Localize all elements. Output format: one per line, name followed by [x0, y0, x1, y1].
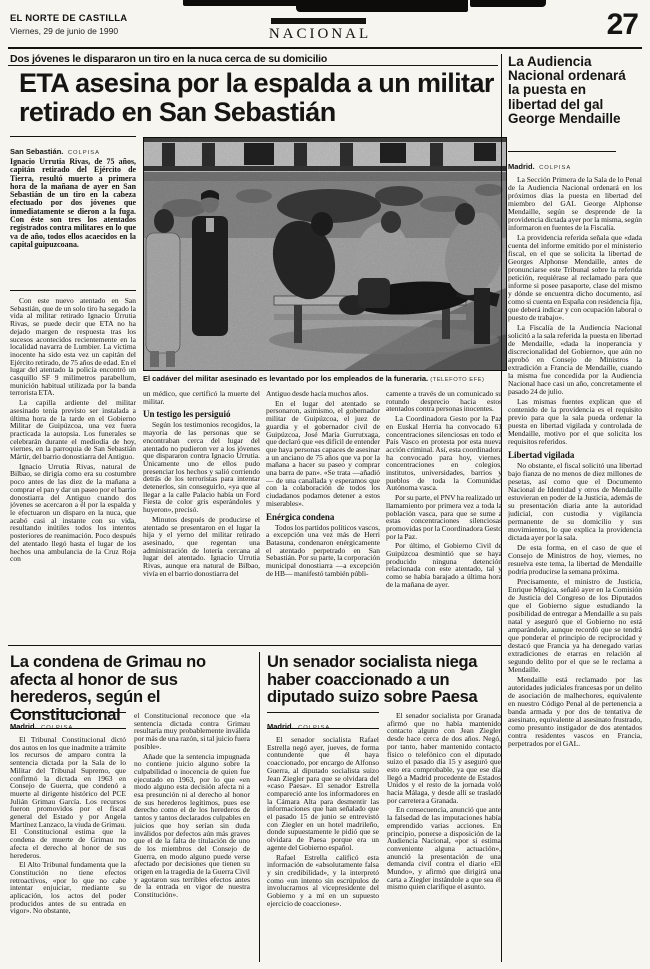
byline: San Sebastián. COLPISA	[10, 141, 100, 159]
paragraph: El senador socialista por Granada afirmó…	[387, 712, 501, 804]
paragraph: Con este nuevo atentado en San Sebastián…	[10, 297, 136, 397]
lead-rule	[10, 290, 136, 291]
column-text: Según los testimonios recogidos, la mayo…	[143, 421, 260, 577]
news-agency: COLPISA	[68, 150, 100, 156]
paragraph: camente a través de un comunicado su rot…	[386, 390, 502, 413]
text-column: Antiguo desde hacía muchos años.En el lu…	[266, 390, 380, 640]
byline-rule	[10, 136, 136, 137]
column-continuation: Antiguo desde hacía muchos años.En el lu…	[266, 390, 380, 508]
news-photo	[143, 137, 507, 371]
byline-rule	[267, 712, 379, 713]
section-bar	[271, 18, 366, 24]
photo-credit: (TELEFOTO EFE)	[430, 377, 484, 383]
column-divider	[259, 652, 260, 962]
dateline-city: Madrid.	[10, 722, 37, 731]
column-text: No obstante, el fiscal solicitó una libe…	[508, 462, 642, 748]
text-column: El Tribunal Constitucional dictó dos aut…	[10, 736, 126, 962]
text-column: un médico, que certificó la muerte del m…	[143, 390, 260, 640]
paragraph: el Constitucional reconoce que «la sente…	[134, 712, 250, 751]
text-column: Con este nuevo atentado en San Sebastián…	[10, 297, 136, 639]
byline-rule	[508, 151, 616, 152]
paragraph: En el lugar del atentado se personaron, …	[266, 400, 380, 508]
senator-headline: Un senador socialista niega haber coacci…	[267, 654, 485, 707]
paragraph: Por su parte, el PNV ha realizado un lla…	[386, 494, 502, 540]
paragraph: Según los testimonios recogidos, la mayo…	[143, 421, 260, 513]
dateline-city: Madrid.	[267, 722, 294, 731]
text-column: El senador socialista por Granada afirmó…	[387, 712, 501, 962]
scan-artifact-bar	[470, 0, 546, 7]
news-agency: COLPISA	[539, 165, 571, 171]
paragraph: La capilla ardiente del militar asesinad…	[10, 399, 136, 461]
byline-rule	[10, 712, 126, 713]
paragraph: Las mismas fuentes explican que el conte…	[508, 398, 642, 446]
issue-date: Viernes, 29 de junio de 1990	[10, 26, 127, 36]
paragraph: El Alto Tribunal fundamenta que la Const…	[10, 861, 126, 915]
byline: Madrid. COLPISA	[267, 716, 330, 734]
main-headline: ETA asesina por la espalda a un militar …	[19, 69, 499, 127]
sidebar-headline: La Audiencia Nacional ordenará la puesta…	[508, 55, 632, 126]
lead-paragraph: Ignacio Urrutia Rivas, de 75 años, capit…	[10, 158, 136, 284]
paragraph: El Tribunal Constitucional dictó dos aut…	[10, 736, 126, 859]
column-text: La Sección Primera de la Sala de lo Pena…	[508, 176, 642, 446]
subhead: Un testigo les persiguió	[143, 409, 260, 419]
section-title: NACIONAL	[240, 26, 400, 43]
paragraph: De esta forma, en el caso de que el Cons…	[508, 544, 642, 576]
paragraph: La Fiscalía de la Audiencia Nacional sol…	[508, 324, 642, 396]
byline-rule	[10, 728, 126, 729]
strapline-rule	[8, 65, 498, 66]
paragraph: La providencia referida señala que «dada…	[508, 234, 642, 322]
photo-caption: El cadáver del militar asesinado es leva…	[143, 374, 505, 383]
news-photo-illustration	[144, 138, 506, 370]
paragraph: Precisamente, el ministro de Justicia, E…	[508, 578, 642, 674]
scan-artifact-bar	[183, 0, 303, 6]
byline: Madrid. COLPISA	[508, 156, 571, 174]
header-rule	[8, 47, 642, 49]
paragraph: Añade que la sentencia impugnada no cont…	[134, 753, 250, 899]
paragraph: Ignacio Urrutia Rivas, natural de Bilbao…	[10, 463, 136, 563]
newspaper-page: EL NORTE DE CASTILLA Viernes, 29 de juni…	[0, 0, 650, 969]
column-text: Todos los partidos políticos vascos, a e…	[266, 524, 380, 578]
text-column: camente a través de un comunicado su rot…	[386, 390, 502, 640]
masthead: EL NORTE DE CASTILLA Viernes, 29 de juni…	[10, 13, 127, 36]
paragraph: La Coordinadora Gesto por la Paz en Eusk…	[386, 415, 502, 492]
text-column: El senador socialista Rafael Estrella ne…	[267, 736, 379, 962]
subhead: Enérgica condena	[266, 512, 380, 522]
paper-name: EL NORTE DE CASTILLA	[10, 13, 127, 24]
section-separator-rule	[8, 645, 502, 646]
photo-caption-text: El cadáver del militar asesinado es leva…	[143, 374, 428, 383]
paragraph: Minutos después de producirse el atentad…	[143, 516, 260, 578]
strapline: Dos jóvenes le dispararon un tiro en la …	[10, 53, 327, 65]
subhead: Libertad vigilada	[508, 450, 642, 460]
sidebar-divider	[501, 54, 502, 962]
paragraph: Mendaille está reclamado por las autorid…	[508, 676, 642, 748]
byline: Madrid. COLPISA	[10, 716, 73, 734]
paragraph: un médico, que certificó la muerte del m…	[143, 390, 260, 405]
paragraph: Antiguo desde hacía muchos años.	[266, 390, 380, 398]
paragraph: Todos los partidos políticos vascos, a e…	[266, 524, 380, 578]
text-column: el Constitucional reconoce que «la sente…	[134, 712, 250, 962]
dateline-city: San Sebastián.	[10, 147, 63, 156]
byline-rule	[267, 728, 379, 729]
paragraph: Rafael Estrella calificó esta informació…	[267, 854, 379, 908]
scan-artifact-bar	[296, 0, 468, 12]
dateline-city: Madrid.	[508, 162, 535, 171]
paragraph: La Sección Primera de la Sala de lo Pena…	[508, 176, 642, 232]
paragraph: Por último, el Gobierno Civil de Guipúzc…	[386, 542, 502, 588]
paragraph: No obstante, el fiscal solicitó una libe…	[508, 462, 642, 542]
column-continuation: un médico, que certificó la muerte del m…	[143, 390, 260, 405]
page-number: 27	[607, 8, 638, 42]
paragraph: El senador socialista Rafael Estrella ne…	[267, 736, 379, 852]
text-column: La Sección Primera de la Sala de lo Pena…	[508, 176, 642, 958]
paragraph: En consecuencia, anunció que ante la fal…	[387, 806, 501, 891]
